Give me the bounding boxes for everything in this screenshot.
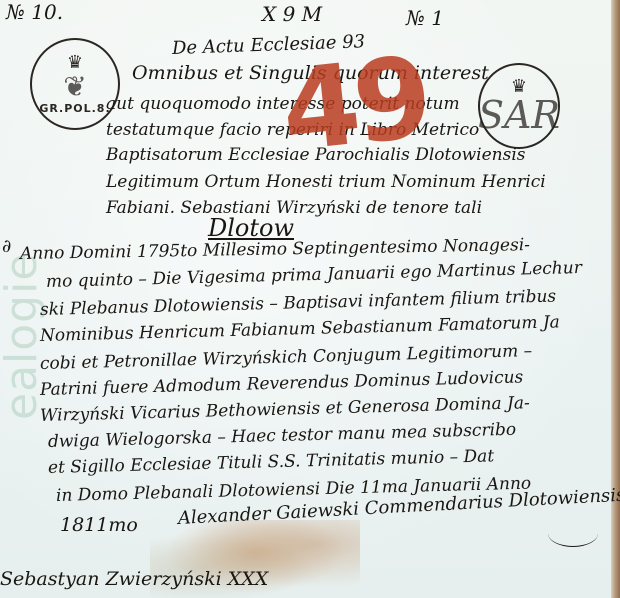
record-line-9: et Sigillo Ecclesiae Tituli S.S. Trinita…: [48, 446, 495, 478]
margin-mark: ∂: [2, 236, 11, 257]
top-left-number: № 10.: [6, 0, 63, 24]
page-edge: [611, 0, 620, 598]
top-right-number: № 1: [406, 6, 444, 30]
record-line-1: Anno Domini 1795to Millesimo Septingente…: [20, 235, 530, 264]
document-page: ealogie № 10. X 9 M № 1 De Actu Ecclesia…: [0, 0, 620, 598]
red-archive-number: 49: [276, 33, 433, 177]
record-line-11: 1811mo: [60, 514, 138, 536]
coat-of-arms-icon: ❦: [63, 72, 86, 102]
stamp-caption: GR.POL.8.: [39, 102, 110, 115]
top-center-mark: X 9 M: [262, 2, 322, 26]
monogram-stamp-right: ♛ SAR: [478, 63, 560, 149]
intro-line-6: Fabiani. Sebastiani Wirzyński de tenore …: [106, 198, 482, 218]
royal-monogram: SAR: [478, 96, 560, 134]
intro-line-5: Legitimum Ortum Honesti trium Nominum He…: [106, 172, 546, 192]
footer-note: Sebastyan Zwierzyński XXX: [0, 568, 268, 590]
place-heading: Dlotow: [208, 214, 294, 242]
signature-flourish: [548, 520, 598, 547]
official-stamp-left: ♛ ❦ GR.POL.8.: [30, 38, 120, 130]
crown-icon: ♛: [67, 54, 83, 72]
